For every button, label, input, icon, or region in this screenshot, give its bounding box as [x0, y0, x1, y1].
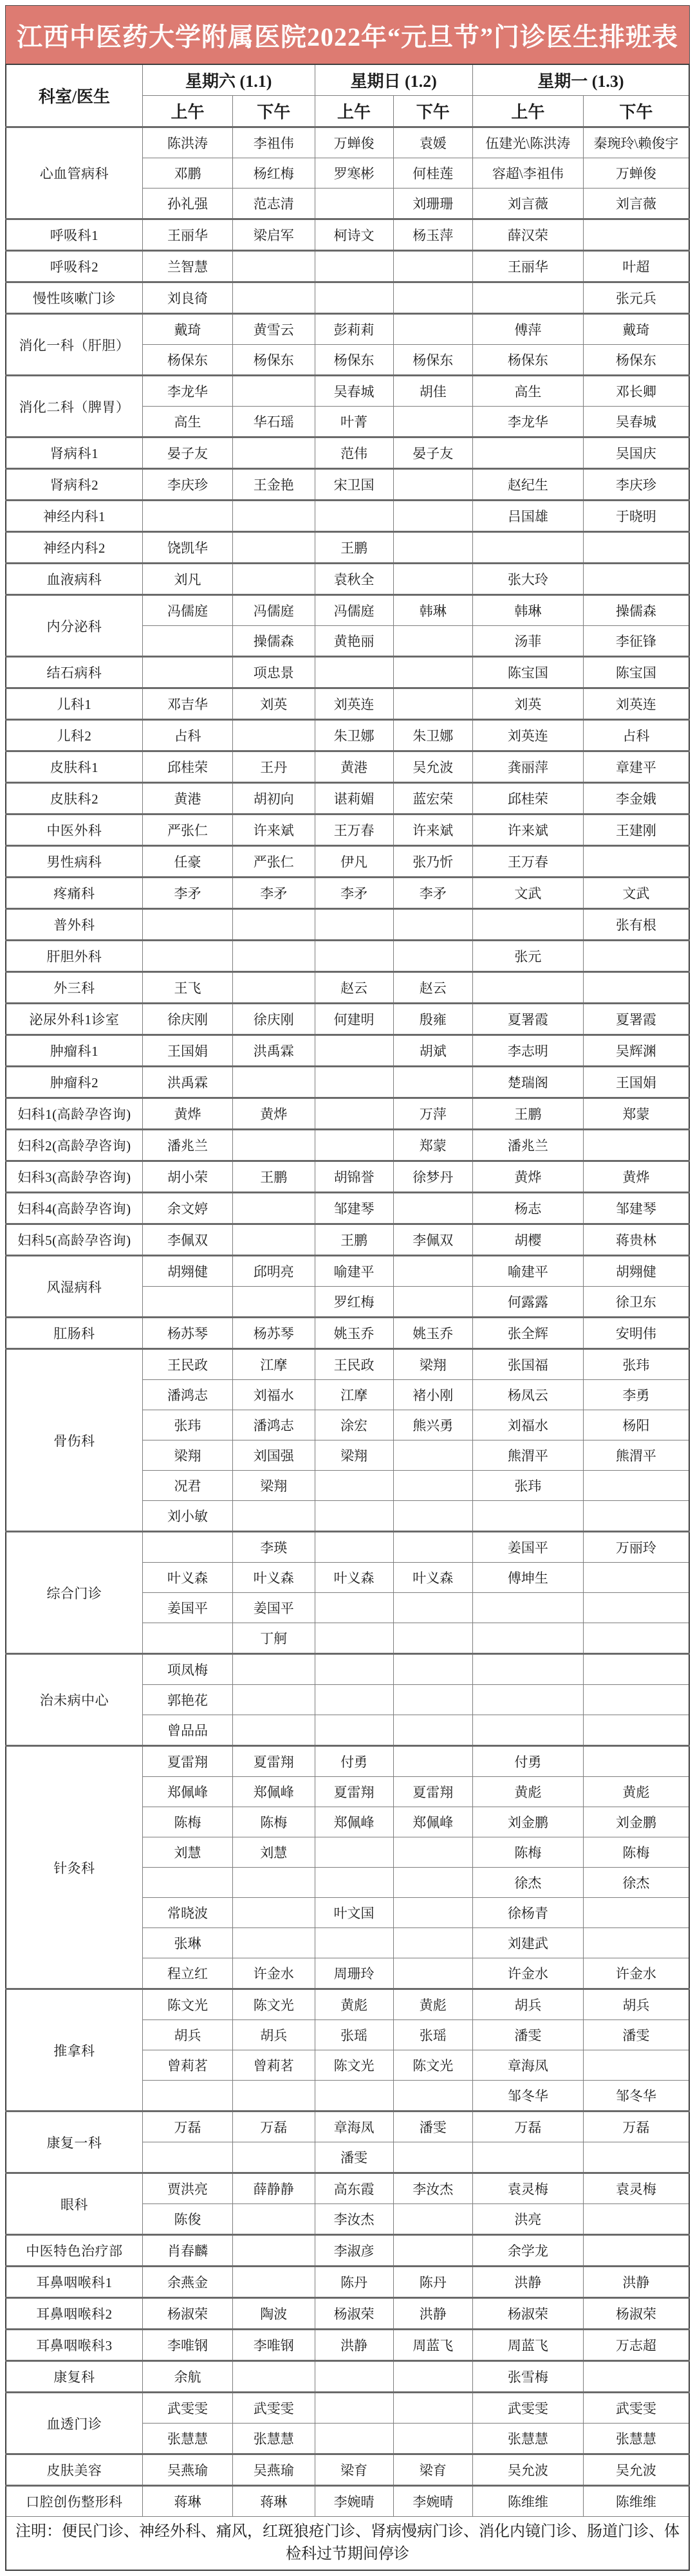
empty-cell: [583, 1746, 689, 1777]
doctor-cell: 章海凤: [315, 2111, 393, 2142]
doctor-cell: 邱桂荣: [142, 751, 232, 783]
doctor-cell: 邹建琴: [583, 1193, 689, 1224]
doctor-cell: 姜国平: [472, 1532, 583, 1563]
doctor-cell: 郑佩峰: [393, 1807, 472, 1837]
empty-cell: [142, 2142, 232, 2173]
doctor-cell: 刘良徛: [142, 282, 232, 314]
doctor-cell: 杨阳: [583, 1410, 689, 1440]
empty-cell: [393, 1440, 472, 1471]
doctor-cell: 付勇: [315, 1746, 393, 1777]
empty-cell: [472, 972, 583, 1004]
doctor-cell: 刘慧: [142, 1837, 232, 1868]
doctor-cell: 何建明: [315, 1004, 393, 1035]
doctor-cell: 胡兵: [233, 2020, 315, 2050]
empty-cell: [393, 2081, 472, 2111]
department-cell: 神经内科1: [6, 501, 142, 532]
doctor-cell: 梁翔: [233, 1471, 315, 1501]
empty-cell: [472, 1593, 583, 1623]
doctor-cell: 杨保东: [315, 345, 393, 376]
doctor-cell: 吴春城: [315, 376, 393, 407]
empty-cell: [393, 2142, 472, 2173]
doctor-cell: 徐杨青: [472, 1898, 583, 1928]
doctor-cell: 张玮: [472, 1471, 583, 1501]
empty-cell: [583, 1130, 689, 1161]
doctor-cell: 陈宝国: [472, 657, 583, 688]
doctor-cell: 于晓明: [583, 501, 689, 532]
doctor-cell: 陈梅: [233, 1807, 315, 1837]
schedule-row: 皮肤美容吴燕瑜吴燕瑜梁育梁育吴允波吴允波: [6, 2454, 689, 2486]
empty-cell: [233, 251, 315, 282]
doctor-cell: 李祖伟: [233, 127, 315, 158]
doctor-cell: 叶义森: [233, 1563, 315, 1593]
doctor-cell: 刘英: [233, 688, 315, 720]
department-cell: 疼痛科: [6, 878, 142, 909]
doctor-cell: 武雯雯: [583, 2393, 689, 2424]
empty-cell: [233, 972, 315, 1004]
empty-cell: [583, 972, 689, 1004]
doctor-cell: 吴允波: [393, 751, 472, 783]
empty-cell: [315, 1471, 393, 1501]
empty-cell: [233, 2267, 315, 2298]
doctor-cell: 吴春城: [583, 407, 689, 437]
doctor-cell: 杨淑荣: [583, 2298, 689, 2330]
schedule-row: 肿瘤科1王国娟洪禹霖胡斌李志明吴辉渊: [6, 1035, 689, 1067]
doctor-cell: 陶波: [233, 2298, 315, 2330]
empty-cell: [583, 941, 689, 972]
schedule-row: 康复科余航张雪梅: [6, 2361, 689, 2393]
doctor-cell: 万蝉俊: [583, 158, 689, 189]
doctor-cell: 楚瑞阁: [472, 1067, 583, 1098]
doctor-cell: 丁舸: [233, 1623, 315, 1654]
empty-cell: [472, 1623, 583, 1654]
empty-cell: [393, 564, 472, 595]
doctor-cell: 刘英连: [315, 688, 393, 720]
schedule-row: 皮肤科2黄港胡初向谌莉媚蓝宏荣邱桂荣李金娥: [6, 783, 689, 814]
doctor-cell: 张元: [472, 941, 583, 972]
department-cell: 泌尿外科1诊室: [6, 1004, 142, 1035]
doctor-cell: 刘凡: [142, 564, 232, 595]
doctor-cell: 余学龙: [472, 2235, 583, 2267]
empty-cell: [233, 2081, 315, 2111]
doctor-cell: 陈文光: [142, 1989, 232, 2020]
doctor-cell: 黄彪: [393, 1989, 472, 2020]
doctor-cell: 许来斌: [233, 814, 315, 846]
schedule-row: 泌尿外科1诊室徐庆刚徐庆刚何建明殷雍夏署霞夏署霞: [6, 1004, 689, 1035]
empty-cell: [472, 1685, 583, 1715]
doctor-cell: 万志超: [583, 2330, 689, 2361]
doctor-cell: 胡兵: [583, 1989, 689, 2020]
doctor-cell: 何桂莲: [393, 158, 472, 189]
schedule-row: 儿科1邓吉华刘英刘英连刘英刘英连: [6, 688, 689, 720]
doctor-cell: 刘福水: [233, 1380, 315, 1410]
empty-cell: [393, 941, 472, 972]
doctor-cell: 许来斌: [393, 814, 472, 846]
doctor-cell: 徐杰: [583, 1868, 689, 1898]
doctor-cell: 蒋琳: [142, 2486, 232, 2517]
schedule-row: 普外科张有根: [6, 909, 689, 941]
doctor-cell: 肖春麟: [142, 2235, 232, 2267]
doctor-cell: 胡小荣: [142, 1161, 232, 1193]
doctor-cell: 王鹏: [233, 1161, 315, 1193]
empty-cell: [315, 1868, 393, 1898]
doctor-cell: 郑蒙: [583, 1098, 689, 1130]
doctor-cell: 潘兆兰: [142, 1130, 232, 1161]
department-cell: 呼吸科2: [6, 251, 142, 282]
doctor-cell: 王丽华: [142, 219, 232, 251]
department-cell: 肾病科2: [6, 469, 142, 501]
empty-cell: [393, 1685, 472, 1715]
doctor-cell: 熊渭平: [583, 1440, 689, 1471]
empty-cell: [142, 909, 232, 941]
doctor-cell: 潘雯: [315, 2142, 393, 2173]
schedule-row: 综合门诊李瑛姜国平万丽玲: [6, 1532, 689, 1563]
doctor-cell: 张大玲: [472, 564, 583, 595]
schedule-row: 妇科4(高龄孕咨询)余文婷邹建琴杨志邹建琴: [6, 1193, 689, 1224]
schedule-row: 妇科3(高龄孕咨询)胡小荣王鹏胡锦誉徐梦丹黄烨黄烨: [6, 1161, 689, 1193]
empty-cell: [233, 376, 315, 407]
department-cell: 消化一科（肝胆）: [6, 314, 142, 376]
schedule-row: 皮肤科1邱桂荣王丹黄港吴允波龚丽萍章建平: [6, 751, 689, 783]
doctor-cell: 戴琦: [142, 314, 232, 345]
doctor-cell: 夏雷翔: [315, 1777, 393, 1807]
empty-cell: [233, 1715, 315, 1746]
schedule-body: 心血管病科陈洪涛李祖伟万蝉俊袁媛伍建光\陈洪涛秦琬玲\赖俊宇邓鹏杨红梅罗寒彬何桂…: [6, 127, 689, 2517]
department-cell: 外三科: [6, 972, 142, 1004]
doctor-cell: 彭莉莉: [315, 314, 393, 345]
doctor-cell: 潘兆兰: [472, 1130, 583, 1161]
doctor-cell: 洪静: [472, 2267, 583, 2298]
doctor-cell: 吴允波: [472, 2454, 583, 2486]
doctor-cell: 王建刚: [583, 814, 689, 846]
empty-cell: [233, 1224, 315, 1256]
doctor-cell: 傅萍: [472, 314, 583, 345]
doctor-cell: 刘珊珊: [393, 189, 472, 219]
department-cell: 消化二科（脾胃）: [6, 376, 142, 437]
doctor-cell: 任豪: [142, 846, 232, 878]
doctor-cell: 郑佩峰: [233, 1777, 315, 1807]
department-cell: 中医特色治疗部: [6, 2235, 142, 2267]
empty-cell: [142, 1287, 232, 1318]
doctor-cell: 杨凤云: [472, 1380, 583, 1410]
doctor-cell: 刘英连: [472, 720, 583, 751]
doctor-cell: 胡翙健: [583, 1256, 689, 1287]
doctor-cell: 李矛: [142, 878, 232, 909]
doctor-cell: 薛静静: [233, 2173, 315, 2204]
schedule-row: 风湿病科胡翙健邱明亮喻建平喻建平胡翙健: [6, 1256, 689, 1287]
empty-cell: [315, 501, 393, 532]
doctor-cell: 操儒森: [583, 595, 689, 626]
empty-cell: [142, 1868, 232, 1898]
doctor-cell: 伍建光\陈洪涛: [472, 127, 583, 158]
empty-cell: [393, 1715, 472, 1746]
empty-cell: [233, 1193, 315, 1224]
doctor-cell: 王丹: [233, 751, 315, 783]
doctor-cell: 曾品品: [142, 1715, 232, 1746]
doctor-cell: 黄彪: [315, 1989, 393, 2020]
doctor-cell: 李征锋: [583, 626, 689, 657]
department-cell: 普外科: [6, 909, 142, 941]
doctor-cell: 吴国庆: [583, 437, 689, 469]
schedule-row: 疼痛科李矛李矛李矛李矛文武文武: [6, 878, 689, 909]
day-header-saturday: 星期六 (1.1): [142, 64, 315, 96]
doctor-cell: 胡斌: [393, 1035, 472, 1067]
department-cell: 肾病科1: [6, 437, 142, 469]
department-cell: 神经内科2: [6, 532, 142, 564]
department-cell: 皮肤科2: [6, 783, 142, 814]
empty-cell: [233, 2235, 315, 2267]
schedule-row: 神经内科1吕国雄于晓明: [6, 501, 689, 532]
department-cell: 呼吸科1: [6, 219, 142, 251]
empty-cell: [583, 1898, 689, 1928]
doctor-cell: 吴辉渊: [583, 1035, 689, 1067]
empty-cell: [233, 501, 315, 532]
department-cell: 心血管病科: [6, 127, 142, 219]
footer-note: 注明：便民门诊、神经外科、痛风，红斑狼疮门诊、肾病慢病门诊、消化内镜门诊、肠道门…: [6, 2517, 689, 2571]
doctor-cell: 张乃忻: [393, 846, 472, 878]
department-cell: 肿瘤科2: [6, 1067, 142, 1098]
empty-cell: [393, 1256, 472, 1287]
schedule-row: 中医特色治疗部肖春麟李淑彦余学龙: [6, 2235, 689, 2267]
empty-cell: [142, 2081, 232, 2111]
schedule-row: 呼吸科1王丽华梁启军柯诗文杨玉萍薛汉荣: [6, 219, 689, 251]
schedule-row: 口腔创伤整形科蒋琳蒋琳李婉晴李婉晴陈维维陈维维: [6, 2486, 689, 2517]
doctor-cell: 殷雍: [393, 1004, 472, 1035]
department-cell: 妇科5(高龄孕咨询): [6, 1224, 142, 1256]
doctor-cell: 李矛: [233, 878, 315, 909]
doctor-cell: 刘福水: [472, 1410, 583, 1440]
doctor-cell: 万磊: [142, 2111, 232, 2142]
doctor-cell: 徐庆刚: [233, 1004, 315, 1035]
doctor-cell: 潘雯: [583, 2020, 689, 2050]
doctor-cell: 曾莉茗: [233, 2050, 315, 2081]
doctor-cell: 章建平: [583, 751, 689, 783]
empty-cell: [233, 2361, 315, 2393]
empty-cell: [142, 1623, 232, 1654]
department-cell: 耳鼻咽喉科3: [6, 2330, 142, 2361]
empty-cell: [315, 251, 393, 282]
doctor-cell: 许金水: [233, 1958, 315, 1989]
doctor-cell: 张玮: [142, 1410, 232, 1440]
doctor-cell: 杨志: [472, 1193, 583, 1224]
doctor-cell: 洪亮: [472, 2204, 583, 2235]
department-cell: 男性病科: [6, 846, 142, 878]
doctor-cell: 邓吉华: [142, 688, 232, 720]
empty-cell: [393, 1193, 472, 1224]
doctor-cell: 陈洪涛: [142, 127, 232, 158]
doctor-cell: 项凤梅: [142, 1654, 232, 1685]
table-footer: 注明：便民门诊、神经外科、痛风，红斑狼疮门诊、肾病慢病门诊、消化内镜门诊、肠道门…: [6, 2517, 689, 2571]
doctor-cell: 宋卫国: [315, 469, 393, 501]
doctor-cell: 李矛: [315, 878, 393, 909]
department-cell: 耳鼻咽喉科1: [6, 2267, 142, 2298]
doctor-cell: 郑佩峰: [142, 1777, 232, 1807]
doctor-cell: 常晓波: [142, 1898, 232, 1928]
doctor-cell: 杨淑荣: [472, 2298, 583, 2330]
doctor-cell: 黄烨: [472, 1161, 583, 1193]
doctor-cell: 涂宏: [315, 1410, 393, 1440]
doctor-cell: 陈丹: [393, 2267, 472, 2298]
empty-cell: [583, 2142, 689, 2173]
doctor-cell: 叶义森: [315, 1563, 393, 1593]
doctor-cell: 李庆珍: [142, 469, 232, 501]
schedule-row: 眼科贾洪亮薛静静高东霞李汝杰袁灵梅袁灵梅: [6, 2173, 689, 2204]
doctor-cell: 王鹏: [472, 1098, 583, 1130]
doctor-cell: 李佩双: [393, 1224, 472, 1256]
doctor-cell: 杨苏琴: [142, 1318, 232, 1349]
doctor-cell: 高东霞: [315, 2173, 393, 2204]
doctor-cell: 李瑛: [233, 1532, 315, 1563]
doctor-cell: 叶超: [583, 251, 689, 282]
empty-cell: [393, 1654, 472, 1685]
doctor-cell: 张慧慧: [142, 2424, 232, 2454]
empty-cell: [233, 532, 315, 564]
doctor-cell: 黄雪云: [233, 314, 315, 345]
doctor-cell: 王金艳: [233, 469, 315, 501]
empty-cell: [393, 1067, 472, 1098]
doctor-cell: 文武: [583, 878, 689, 909]
schedule-row: 耳鼻咽喉科3李唯钢李唯钢洪静周蓝飞周蓝飞万志超: [6, 2330, 689, 2361]
doctor-cell: 杨淑荣: [315, 2298, 393, 2330]
empty-cell: [315, 657, 393, 688]
doctor-cell: 占科: [583, 720, 689, 751]
empty-cell: [315, 282, 393, 314]
doctor-cell: 黄彪: [583, 1777, 689, 1807]
doctor-cell: 罗寒彬: [315, 158, 393, 189]
doctor-cell: 严张仁: [142, 814, 232, 846]
doctor-cell: 熊兴勇: [393, 1410, 472, 1440]
department-cell: 风湿病科: [6, 1256, 142, 1318]
schedule-row: 内分泌科冯儒庭冯儒庭冯儒庭韩琳韩琳操儒森: [6, 595, 689, 626]
doctor-cell: 薛汉荣: [472, 219, 583, 251]
doctor-cell: 袁灵梅: [472, 2173, 583, 2204]
doctor-cell: 李淑彦: [315, 2235, 393, 2267]
doctor-cell: 张玮: [583, 1349, 689, 1380]
department-cell: 内分泌科: [6, 595, 142, 657]
doctor-cell: 黄烨: [233, 1098, 315, 1130]
schedule-row: 外三科王飞赵云赵云: [6, 972, 689, 1004]
empty-cell: [315, 1532, 393, 1563]
doctor-cell: 喻建平: [315, 1256, 393, 1287]
doctor-cell: 蒋琳: [233, 2486, 315, 2517]
empty-cell: [315, 1067, 393, 1098]
doctor-cell: 胡锦誉: [315, 1161, 393, 1193]
empty-cell: [315, 1715, 393, 1746]
department-cell: 妇科4(高龄孕咨询): [6, 1193, 142, 1224]
doctor-cell: 许来斌: [472, 814, 583, 846]
empty-cell: [233, 1928, 315, 1958]
empty-cell: [315, 1130, 393, 1161]
doctor-cell: 邹冬华: [472, 2081, 583, 2111]
empty-cell: [233, 941, 315, 972]
empty-cell: [393, 1287, 472, 1318]
doctor-cell: 武雯雯: [233, 2393, 315, 2424]
empty-cell: [315, 2081, 393, 2111]
schedule-row: 神经内科2饶凯华王鹏: [6, 532, 689, 564]
doctor-cell: 王万春: [472, 846, 583, 878]
doctor-cell: 李佩双: [142, 1224, 232, 1256]
doctor-cell: 叶菁: [315, 407, 393, 437]
doctor-cell: 张慧慧: [233, 2424, 315, 2454]
department-cell: 中医外科: [6, 814, 142, 846]
doctor-cell: 陈宝国: [583, 657, 689, 688]
empty-cell: [472, 1715, 583, 1746]
doctor-cell: 赵纪生: [472, 469, 583, 501]
day-header-monday: 星期一 (1.3): [472, 64, 689, 96]
doctor-cell: 谌莉媚: [315, 783, 393, 814]
header-day-row: 科室/医生 星期六 (1.1) 星期日 (1.2) 星期一 (1.3): [6, 64, 689, 96]
empty-cell: [583, 219, 689, 251]
doctor-cell: 黄彪: [472, 1777, 583, 1807]
doctor-cell: 李矛: [393, 878, 472, 909]
doctor-cell: 王民政: [142, 1349, 232, 1380]
doctor-cell: 晏子友: [142, 437, 232, 469]
doctor-cell: 余航: [142, 2361, 232, 2393]
empty-cell: [583, 2204, 689, 2235]
doctor-cell: 姚玉乔: [393, 1318, 472, 1349]
page-title: 江西中医药大学附属医院2022年“元旦节”门诊医生排班表: [5, 5, 690, 64]
doctor-cell: 孙礼强: [142, 189, 232, 219]
empty-cell: [393, 282, 472, 314]
doctor-cell: 邱桂荣: [472, 783, 583, 814]
department-cell: 康复一科: [6, 2111, 142, 2173]
doctor-cell: 赵云: [315, 972, 393, 1004]
department-cell: 针灸科: [6, 1746, 142, 1989]
doctor-cell: 邹冬华: [583, 2081, 689, 2111]
doctor-cell: 李汝杰: [315, 2204, 393, 2235]
doctor-cell: 王国娟: [142, 1035, 232, 1067]
doctor-cell: 陈文光: [393, 2050, 472, 2081]
empty-cell: [393, 469, 472, 501]
doctor-cell: 喻建平: [472, 1256, 583, 1287]
doctor-cell: 李龙华: [472, 407, 583, 437]
doctor-cell: 黄烨: [142, 1098, 232, 1130]
schedule-row: 康复一科万磊万磊章海凤潘雯万磊万磊: [6, 2111, 689, 2142]
department-cell: 综合门诊: [6, 1532, 142, 1654]
doctor-cell: 刘金鹏: [472, 1807, 583, 1837]
doctor-cell: 黄港: [142, 783, 232, 814]
doctor-cell: 张慧慧: [472, 2424, 583, 2454]
doctor-cell: 潘雯: [472, 2020, 583, 2050]
schedule-row: 结石病科项忠景陈宝国陈宝国: [6, 657, 689, 688]
empty-cell: [393, 251, 472, 282]
doctor-cell: 夏雷翔: [233, 1746, 315, 1777]
doctor-cell: 范伟: [315, 437, 393, 469]
doctor-cell: 操儒森: [233, 626, 315, 657]
doctor-cell: 蒋贵林: [583, 1224, 689, 1256]
doctor-cell: 万丽玲: [583, 1532, 689, 1563]
day-header-sunday: 星期日 (1.2): [315, 64, 472, 96]
empty-cell: [315, 909, 393, 941]
empty-cell: [583, 1685, 689, 1715]
schedule-row: 肾病科2李庆珍王金艳宋卫国赵纪生李庆珍: [6, 469, 689, 501]
session-header-sat-am: 上午: [142, 96, 232, 127]
doctor-cell: 兰智慧: [142, 251, 232, 282]
empty-cell: [393, 1837, 472, 1868]
doctor-cell: 武雯雯: [142, 2393, 232, 2424]
doctor-cell: 叶义森: [142, 1563, 232, 1593]
doctor-cell: 梁启军: [233, 219, 315, 251]
doctor-cell: 徐卫东: [583, 1287, 689, 1318]
schedule-row: 肿瘤科2洪禹霖楚瑞阁王国娟: [6, 1067, 689, 1098]
doctor-cell: 万蝉俊: [315, 127, 393, 158]
doctor-cell: 冯儒庭: [142, 595, 232, 626]
schedule-table: 科室/医生 星期六 (1.1) 星期日 (1.2) 星期一 (1.3) 上午 下…: [5, 64, 690, 2571]
doctor-cell: 徐杰: [472, 1868, 583, 1898]
department-cell: 肛肠科: [6, 1318, 142, 1349]
empty-cell: [393, 407, 472, 437]
doctor-cell: 江摩: [233, 1349, 315, 1380]
doctor-cell: 曾莉茗: [142, 2050, 232, 2081]
